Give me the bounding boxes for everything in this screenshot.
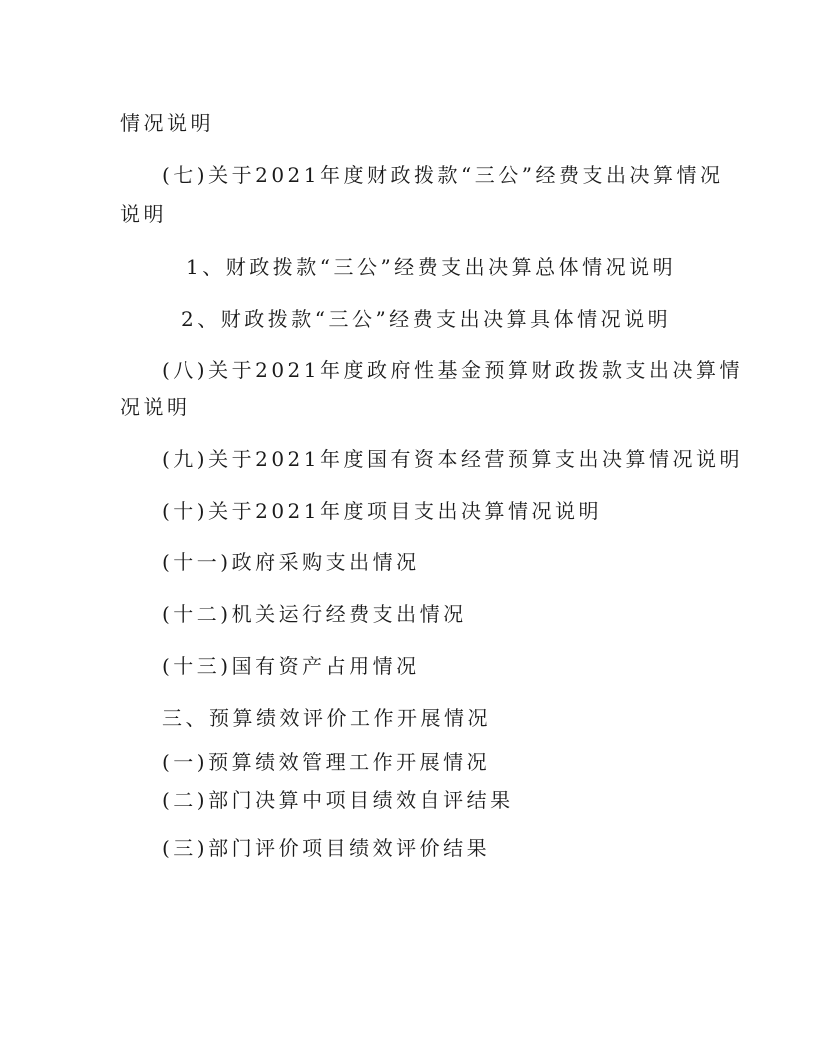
- toc-subitem-7-1: 1、财政拨款“三公”经费支出决算总体情况说明: [186, 254, 676, 280]
- toc-item-11: (十一)政府采购支出情况: [162, 549, 420, 575]
- toc-item-7: (七)关于2021年度财政拨款“三公”经费支出决算情况: [162, 162, 723, 188]
- toc-item-9: (九)关于2021年度国有资本经营预算支出决算情况说明: [162, 446, 743, 472]
- toc-item-13: (十三)国有资产占用情况: [162, 653, 420, 679]
- toc-item-3-1: (一)预算绩效管理工作开展情况: [162, 749, 490, 775]
- toc-item-12: (十二)机关运行经费支出情况: [162, 601, 467, 627]
- toc-item-8: (八)关于2021年度政府性基金预算财政拨款支出决算情: [162, 357, 743, 383]
- text-line-continuation: 情况说明: [120, 110, 214, 136]
- toc-subitem-7-2: 2、财政拨款“三公”经费支出决算具体情况说明: [181, 306, 671, 332]
- toc-item-8-continuation: 况说明: [120, 394, 191, 420]
- toc-item-3-3: (三)部门评价项目绩效评价结果: [162, 835, 490, 861]
- toc-item-3-2: (二)部门决算中项目绩效自评结果: [162, 787, 514, 813]
- section-heading-3: 三、预算绩效评价工作开展情况: [162, 705, 491, 731]
- toc-item-10: (十)关于2021年度项目支出决算情况说明: [162, 498, 602, 524]
- toc-item-7-continuation: 说明: [120, 201, 167, 227]
